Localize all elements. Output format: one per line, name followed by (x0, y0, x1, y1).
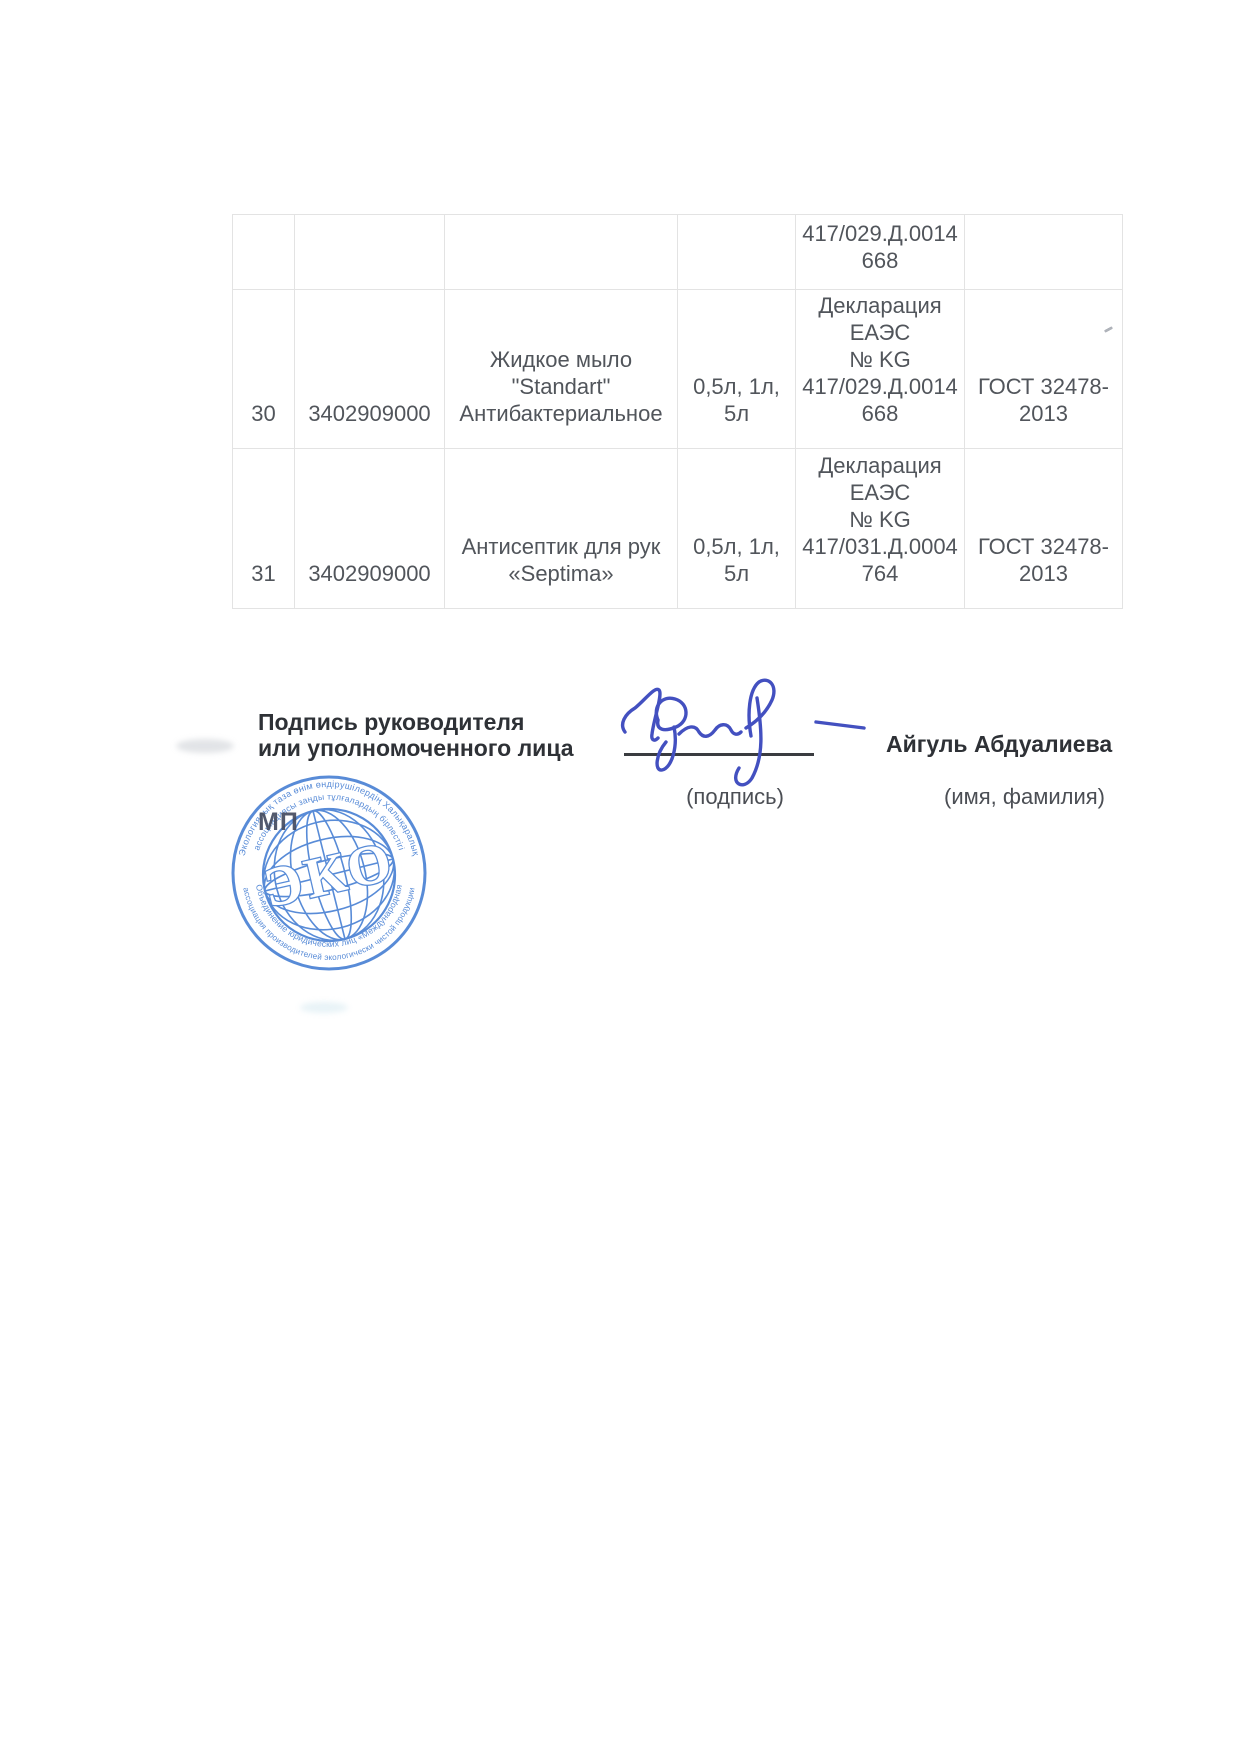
seal-place-mark: МП (258, 808, 299, 837)
cell-num (233, 215, 295, 290)
table-row-partial: 417/029.Д.0014 668 (233, 215, 1123, 290)
cell-volume (678, 215, 796, 290)
cell-code: 3402909000 (295, 290, 445, 449)
signer-role-label: Подпись руководителя или уполномоченного… (258, 709, 574, 761)
cell-declaration: Декларация ЕАЭС № KG 417/031.Д.0004 764 (796, 449, 965, 609)
cell-name (445, 215, 678, 290)
cell-num: 31 (233, 449, 295, 609)
cell-name: Жидкое мыло "Standart" Антибактериальное (445, 290, 678, 449)
cell-declaration: 417/029.Д.0014 668 (796, 215, 965, 290)
cell-volume: 0,5л, 1л, 5л (678, 290, 796, 449)
cell-volume: 0,5л, 1л, 5л (678, 449, 796, 609)
cell-code (295, 215, 445, 290)
table-row-30: 30 3402909000 Жидкое мыло "Standart" Ант… (233, 290, 1123, 449)
scanned-document-page: 417/029.Д.0014 668 30 3402909000 Жидкое … (0, 0, 1241, 1755)
signer-name: Айгуль Абдуалиева (886, 731, 1112, 758)
cell-num: 30 (233, 290, 295, 449)
cell-code: 3402909000 (295, 449, 445, 609)
cell-standard: ГОСТ 32478- 2013 (965, 290, 1123, 449)
name-caption: (имя, фамилия) (944, 784, 1105, 810)
table-row-31: 31 3402909000 Антисептик для рук «Septim… (233, 449, 1123, 609)
eco-association-stamp: Экологиялық таза өнім өндірушілердің Хал… (226, 770, 432, 976)
cell-standard (965, 215, 1123, 290)
scan-smudge (300, 1002, 348, 1013)
products-table: 417/029.Д.0014 668 30 3402909000 Жидкое … (232, 214, 1123, 609)
handwritten-signature (615, 668, 875, 798)
cell-declaration: Декларация ЕАЭС № KG 417/029.Д.0014 668 (796, 290, 965, 449)
cell-standard: ГОСТ 32478- 2013 (965, 449, 1123, 609)
scan-smudge (176, 739, 234, 753)
cell-name: Антисептик для рук «Septima» (445, 449, 678, 609)
